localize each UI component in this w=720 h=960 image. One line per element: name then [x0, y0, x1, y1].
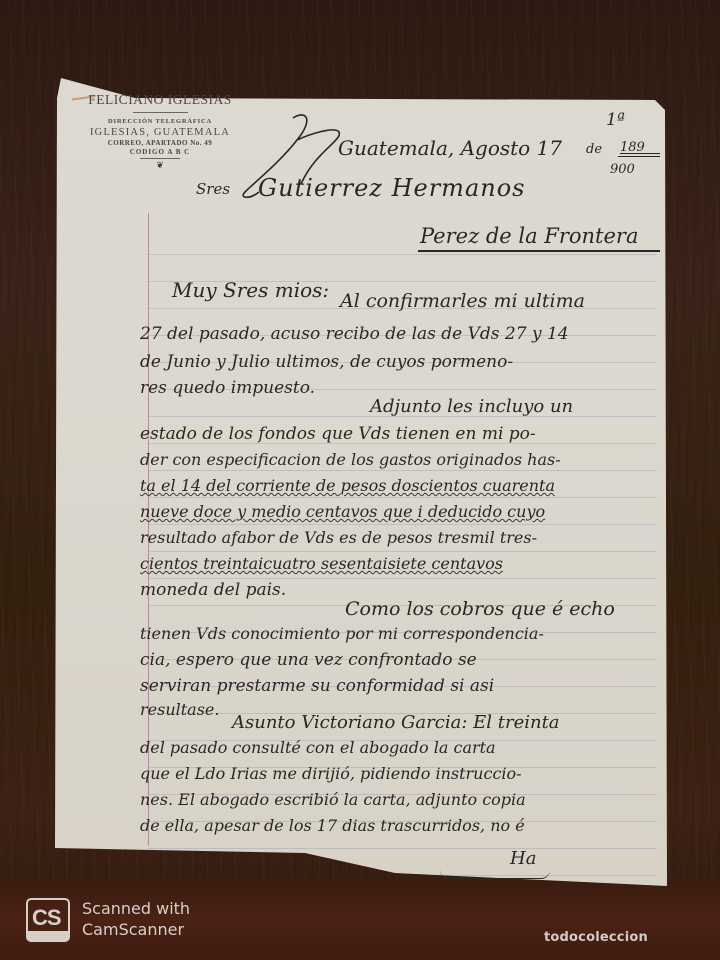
body-line: del pasado consulté con el abogado la ca…	[140, 738, 496, 757]
todocoleccion-watermark: todocoleccion	[544, 930, 648, 945]
year-corrected: 900	[610, 162, 635, 177]
body-line: resultado afabor de Vds es de pesos tres…	[140, 528, 537, 547]
camscanner-logo-text: CS	[32, 905, 61, 931]
body-line: nueve doce y medio centavos que i deduci…	[140, 502, 545, 521]
page-number: 1ª	[606, 110, 625, 130]
strike-line	[618, 156, 660, 157]
recipient-city: Perez de la Frontera	[420, 224, 638, 248]
camscanner-line1: Scanned with	[82, 898, 190, 919]
body-line: Al confirmarles mi ultima	[340, 290, 585, 312]
body-line: cia, espero que una vez confrontado se	[140, 650, 477, 670]
body-line: 27 del pasado, acuso recibo de las de Vd…	[140, 324, 569, 344]
ornament-icon: ❦	[65, 160, 255, 171]
place-date: Guatemala, Agosto 17	[338, 136, 562, 160]
body-line: Adjunto les incluyo un	[370, 396, 573, 417]
continuation-mark: Ha	[510, 848, 536, 869]
strike-line	[620, 153, 660, 154]
address-underline	[418, 250, 660, 252]
salutation: Muy Sres mios:	[172, 278, 329, 302]
body-line: tienen Vds conocimiento por mi correspon…	[140, 624, 544, 643]
continuation-flourish	[440, 870, 550, 879]
letterhead-code: CODIGO A B C	[65, 148, 255, 156]
body-line: Como los cobros que é echo	[345, 598, 615, 620]
body-line: ta el 14 del corriente de pesos doscient…	[140, 476, 555, 495]
body-line: cientos treintaicuatro sesentaisiete cen…	[140, 554, 503, 573]
body-line: Asunto Victoriano Garcia: El treinta	[232, 712, 560, 733]
recipient-name: Gutierrez Hermanos	[258, 174, 525, 202]
body-line: de Junio y Julio ultimos, de cuyos porme…	[140, 352, 513, 372]
letterhead-divider-2	[140, 158, 180, 159]
camscanner-line2: CamScanner	[82, 919, 190, 940]
letterhead-name: FELICIANO IGLESIAS	[65, 92, 255, 108]
letterhead-mail: CORREO, APARTADO No. 49	[65, 139, 255, 147]
body-line: de ella, apesar de los 17 dias trascurri…	[140, 816, 525, 835]
camscanner-logo-icon: CS	[26, 898, 70, 942]
body-line: serviran prestarme su conformidad si asi	[140, 676, 494, 696]
letterhead: FELICIANO IGLESIAS DIRECCIÓN TELEGRÁFICA…	[65, 92, 255, 171]
body-line: que el Ldo Irias me dirijió, pidiendo in…	[140, 764, 522, 783]
camscanner-watermark: Scanned with CamScanner	[82, 898, 190, 940]
body-line: moneda del pais.	[140, 580, 286, 600]
body-line: nes. El abogado escribió la carta, adjun…	[140, 790, 526, 809]
year-prefix: de	[586, 142, 602, 157]
body-line: estado de los fondos que Vds tienen en m…	[140, 424, 536, 444]
letterhead-telegraph-address: IGLESIAS, GUATEMALA	[65, 127, 255, 138]
recipient-prefix: Sres	[196, 180, 230, 198]
body-line: resultase.	[140, 700, 219, 719]
letterhead-telegraph-label: DIRECCIÓN TELEGRÁFICA	[65, 118, 255, 125]
letterhead-divider	[133, 112, 188, 113]
body-line: res quedo impuesto.	[140, 378, 315, 398]
body-line: der con especificacion de los gastos ori…	[140, 450, 561, 469]
